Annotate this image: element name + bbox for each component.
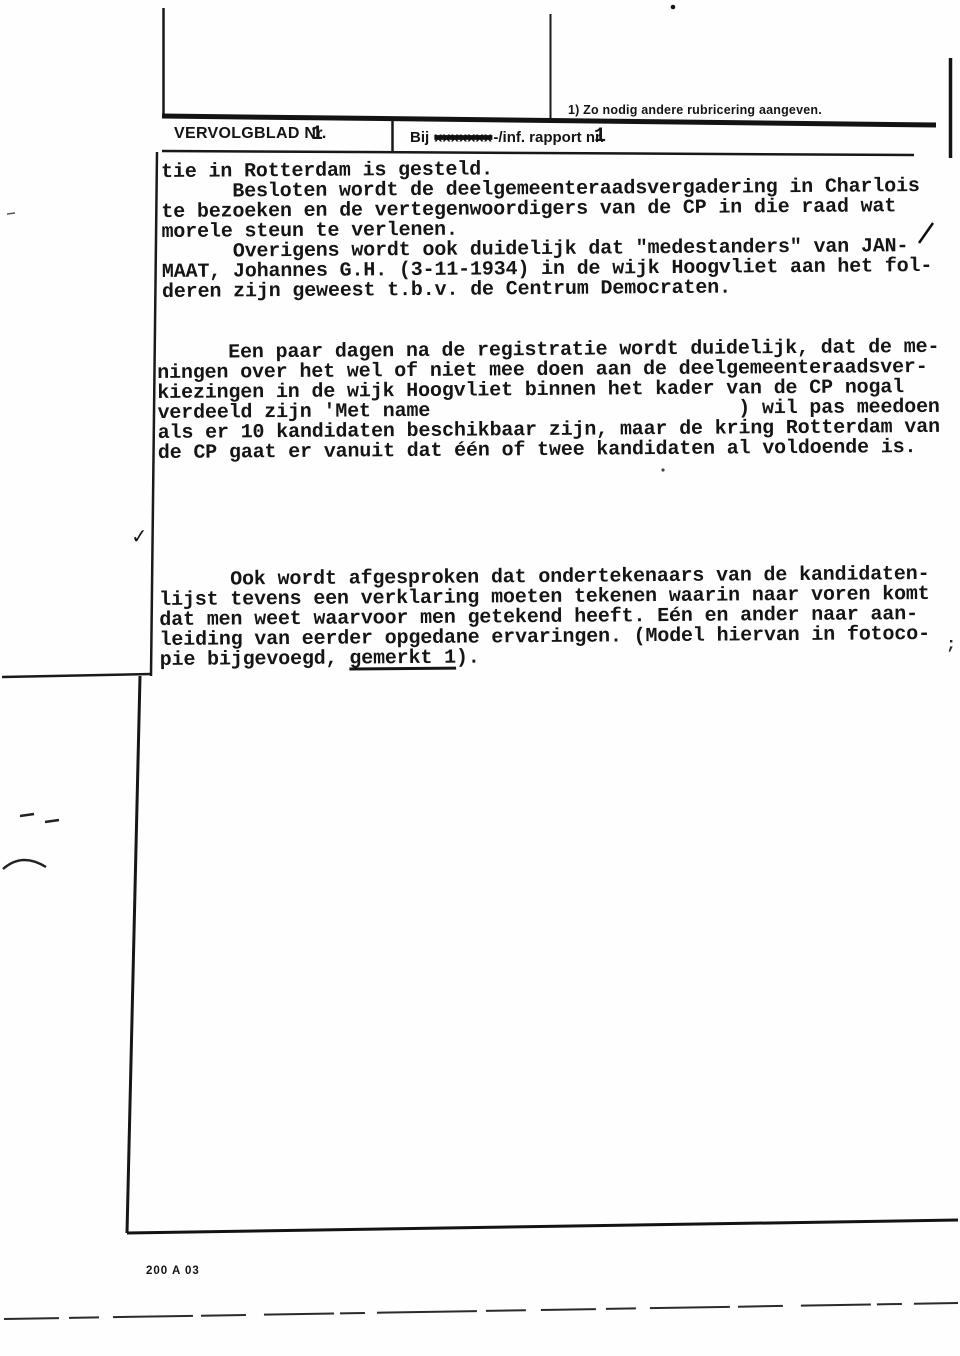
margin-speck-dash [7, 213, 15, 214]
paragraph-3-closing: ). [456, 646, 480, 669]
top-ink-speck [671, 5, 676, 10]
paragraph-2: Een paar dagen na de registratie wordt d… [157, 338, 940, 464]
redacted-word: xxxxxxx [434, 129, 492, 144]
stray-semicolon-mark: ; [946, 636, 956, 655]
margin-dash-mark-2 [45, 820, 59, 822]
header-bottom-rule [162, 151, 914, 155]
page-edge-dashed-line [4, 1303, 958, 1319]
mid-ink-speck [661, 468, 664, 471]
bottom-border-rule [127, 1220, 958, 1233]
paragraph-3-text: Ook wordt afgesproken dat ondertekenaars… [159, 563, 930, 672]
text-left-border-upper [151, 152, 157, 676]
header-thick-rule [162, 116, 936, 125]
form-code: 200 A 03 [146, 1265, 200, 1277]
vervolgblad-number: 1 [311, 123, 323, 146]
paragraph-3: Ook wordt afgesproken dat ondertekenaars… [159, 565, 930, 671]
margin-curve-mark [3, 860, 46, 869]
report-reference-cell: Bij xxxxxxx-/inf. rapport nr. [410, 129, 604, 146]
paragraph-1: tie in Rotterdam is gesteld. Besloten wo… [161, 157, 932, 303]
report-prefix-label: Bij [410, 129, 429, 146]
vervolgblad-label: VERVOLGBLAD Nr. [174, 125, 327, 143]
margin-horizontal-rule [2, 674, 152, 677]
margin-checkmark: ✓ [130, 523, 148, 548]
gemerkt-underlined-text: gemerkt 1 [349, 647, 456, 671]
scanned-document-page: 1) Zo nodig andere rubricering aangeven.… [0, 0, 960, 1356]
report-suffix-label: -/inf. rapport nr. [493, 129, 604, 146]
rubricering-footnote: 1) Zo nodig andere rubricering aangeven. [568, 103, 822, 117]
margin-dash-mark-1 [20, 814, 34, 816]
report-number: 1 [594, 125, 606, 148]
text-left-border-lower [127, 676, 140, 1233]
